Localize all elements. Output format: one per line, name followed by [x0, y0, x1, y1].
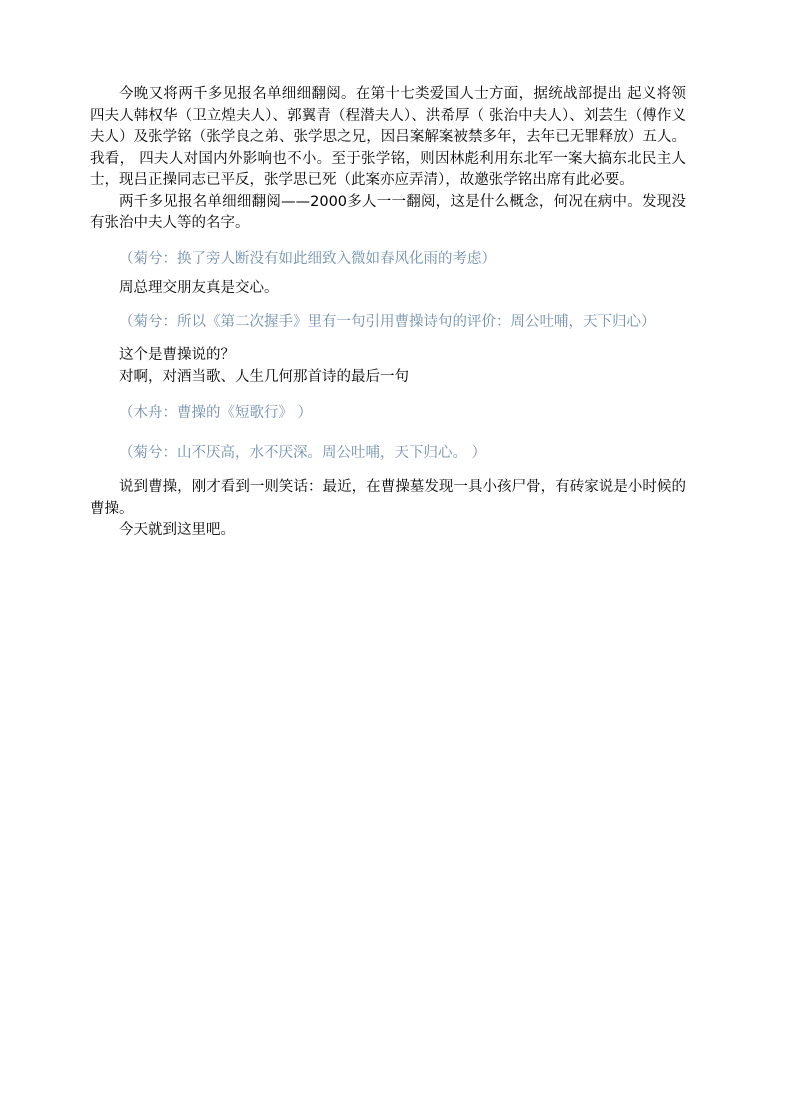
comment-quote-muzhou: （木舟：曹操的《短歌行》 ）	[90, 403, 686, 425]
document-page: 今晚又将两千多见报名单细细翻阅。在第十七类爱国人士方面，据统战部提出 起义将领四…	[0, 0, 800, 1100]
body-paragraph: 两千多见报名单细细翻阅——2000多人一一翻阅，这是什么概念，何况在病中。发现没…	[90, 192, 686, 235]
body-paragraph: 这个是曹操说的？	[90, 345, 686, 367]
body-paragraph: 说到曹操，刚才看到一则笑话：最近，在曹操墓发现一具小孩尸骨，有砖家说是小时候的曹…	[90, 477, 686, 520]
body-paragraph: 今天就到这里吧。	[90, 520, 686, 542]
comment-quote-juxi: （菊兮：换了旁人断没有如此细致入微如春风化雨的考虑）	[90, 249, 686, 271]
body-paragraph: 今晚又将两千多见报名单细细翻阅。在第十七类爱国人士方面，据统战部提出 起义将领四…	[90, 84, 686, 192]
comment-quote-juxi: （菊兮：所以《第二次握手》里有一句引用曹操诗句的评价：周公吐哺，天下归心）	[90, 312, 686, 334]
comment-quote-juxi: （菊兮：山不厌高，水不厌深。周公吐哺，天下归心。 ）	[90, 443, 686, 465]
body-paragraph: 周总理交朋友真是交心。	[90, 278, 686, 300]
body-paragraph: 对啊，对酒当歌、人生几何那首诗的最后一句	[90, 367, 686, 389]
diary-text-block: 今晚又将两千多见报名单细细翻阅。在第十七类爱国人士方面，据统战部提出 起义将领四…	[90, 84, 686, 542]
